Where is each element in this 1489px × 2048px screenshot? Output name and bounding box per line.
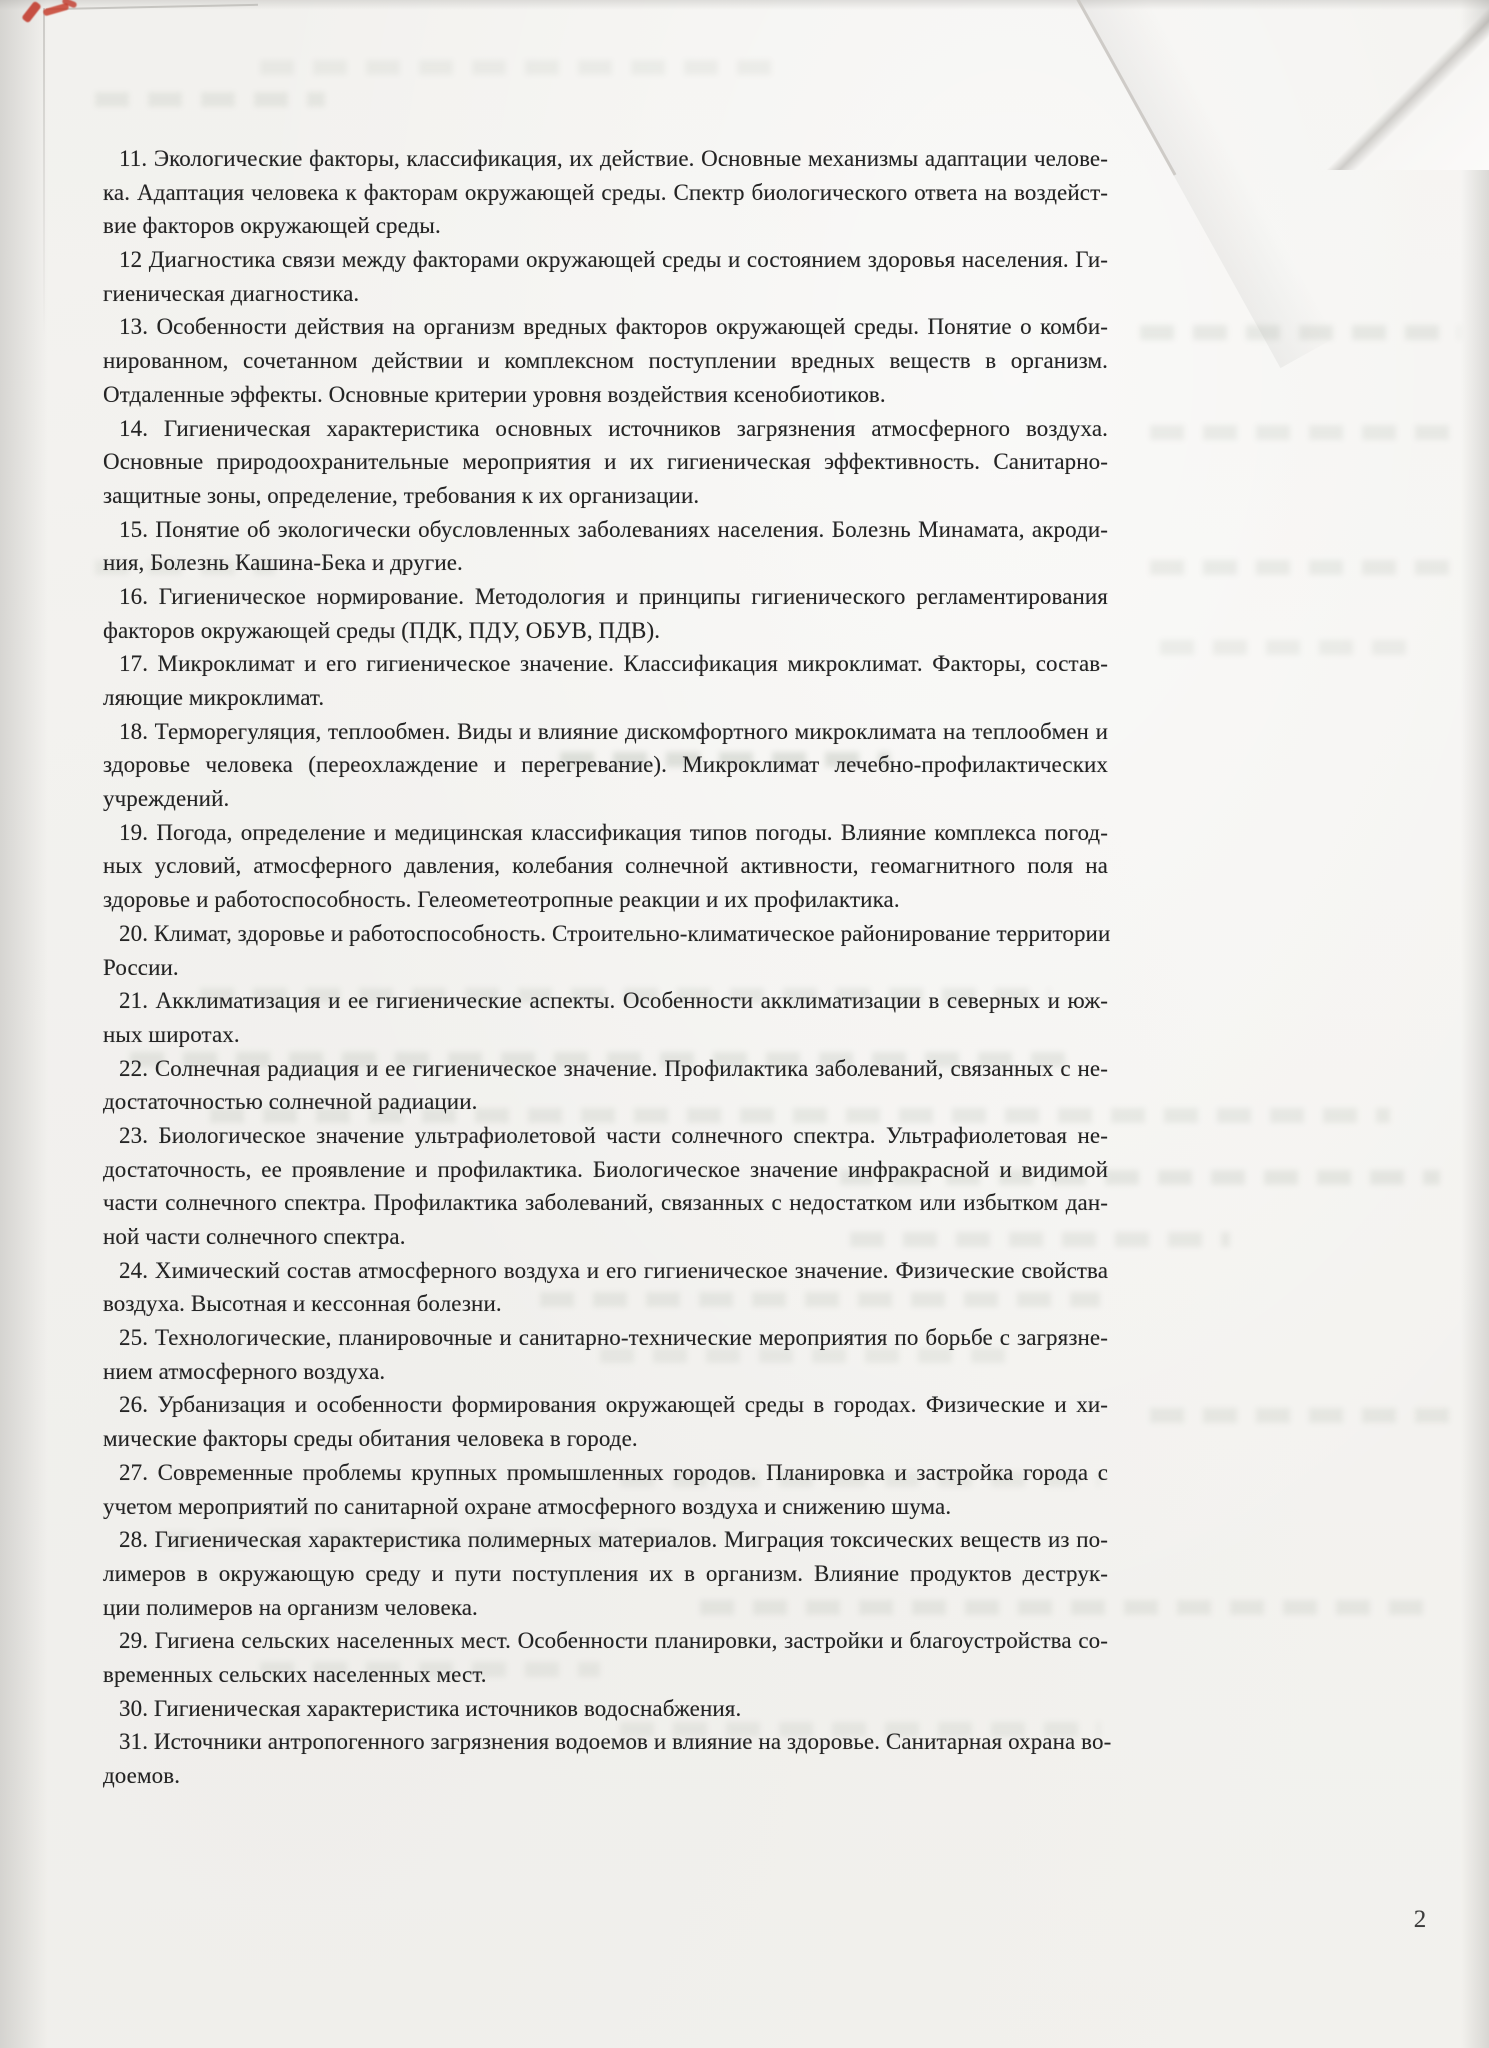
question-line: России. [103,951,1108,985]
question-line: 15. Понятие об экологически обусловленны… [103,513,1108,547]
page-number: 2 [1398,1906,1442,1934]
question-line: 24. Химический состав атмосферного возду… [103,1254,1108,1288]
question-line: защитные зоны, определение, требования к… [103,479,1108,513]
question-line: здоровье человека (переохлаждение и пере… [103,748,1108,782]
question-line: мические факторы среды обитания человека… [103,1422,1108,1456]
question-line: 29. Гигиена сельских населенных мест. Ос… [103,1624,1108,1658]
bleed-through-text-ghost [1160,640,1420,655]
page-corner-fold [1319,0,1489,170]
question-line: 16. Гигиеническое нормирование. Методоло… [103,580,1108,614]
page-crease-shadow [1072,0,1336,368]
question-line: 11. Экологические факторы, классификация… [103,142,1108,176]
question-line: Основные природоохранительные мероприяти… [103,445,1108,479]
question-line: 17. Микроклимат и его гигиеническое знач… [103,647,1108,681]
question-line: лимеров в окружающую среду и пути поступ… [103,1557,1108,1591]
question-line: доемов. [103,1759,1108,1793]
question-line: Отдаленные эффекты. Основные критерии ур… [103,378,1108,412]
question-line: ния, Болезнь Кашина-Бека и другие. [103,546,1108,580]
question-line: достаточностью солнечной радиации. [103,1085,1108,1119]
question-line: 26. Урбанизация и особенности формирован… [103,1388,1108,1422]
bleed-through-text-ghost [260,60,780,75]
scan-edge-left-shadow [0,0,48,2048]
question-line: достаточность, ее проявление и профилакт… [103,1153,1108,1187]
question-line: 21. Акклиматизация и ее гигиенические ас… [103,984,1108,1018]
question-line: гиеническая диагностика. [103,277,1108,311]
question-line: 25. Технологические, планировочные и сан… [103,1321,1108,1355]
question-line: 22. Солнечная радиация и ее гигиеническо… [103,1052,1108,1086]
bleed-through-text-ghost [1150,560,1450,575]
bleed-through-text-ghost [1150,1408,1450,1423]
question-line: 18. Терморегуляция, теплообмен. Виды и в… [103,715,1108,749]
question-line: ции полимеров на организм человека. [103,1591,1108,1625]
question-line: 14. Гигиеническая характеристика основны… [103,412,1108,446]
scan-edge-right-shadow [1461,0,1489,2048]
question-line: 30. Гигиеническая характеристика источни… [103,1692,1108,1726]
bleed-through-text-ghost [1140,325,1460,340]
question-line: ляющие микроклимат. [103,681,1108,715]
question-line: учреждений. [103,782,1108,816]
bleed-through-text-ghost [95,92,325,107]
bleed-through-text-ghost [1150,425,1460,440]
question-line: 13. Особенности действия на организм вре… [103,310,1108,344]
scanned-page: 11. Экологические факторы, классификация… [0,0,1489,2048]
question-line: 19. Погода, определение и медицинская кл… [103,816,1108,850]
question-line: 27. Современные проблемы крупных промышл… [103,1456,1108,1490]
question-line: воздуха. Высотная и кессонная болезни. [103,1287,1108,1321]
question-line: 23. Биологическое значение ультрафиолето… [103,1119,1108,1153]
question-line: ных условий, атмосферного давления, коле… [103,849,1108,883]
question-line: ной части солнечного спектра. [103,1220,1108,1254]
question-list: 11. Экологические факторы, классификация… [103,142,1108,1793]
question-line: здоровье и работоспособность. Гелеометео… [103,883,1108,917]
question-line: нием атмосферного воздуха. [103,1355,1108,1389]
question-line: ных широтах. [103,1018,1108,1052]
question-line: 12 Диагностика связи между факторами окр… [103,243,1108,277]
question-line: факторов окружающей среды (ПДК, ПДУ, ОБУ… [103,614,1108,648]
question-line: временных сельских населенных мест. [103,1658,1108,1692]
question-line: учетом мероприятий по санитарной охране … [103,1490,1108,1524]
question-line: 20. Климат, здоровье и работоспособность… [103,917,1108,951]
page-edge-line-vertical [43,8,45,338]
question-line: вие факторов окружающей среды. [103,209,1108,243]
question-line: 31. Источники антропогенного загрязнения… [103,1725,1108,1759]
question-line: нированном, сочетанном действии и компле… [103,344,1108,378]
question-line: ка. Адаптация человека к факторам окружа… [103,176,1108,210]
question-line: 28. Гигиеническая характеристика полимер… [103,1523,1108,1557]
question-line: части солнечного спектра. Профилактика з… [103,1186,1108,1220]
